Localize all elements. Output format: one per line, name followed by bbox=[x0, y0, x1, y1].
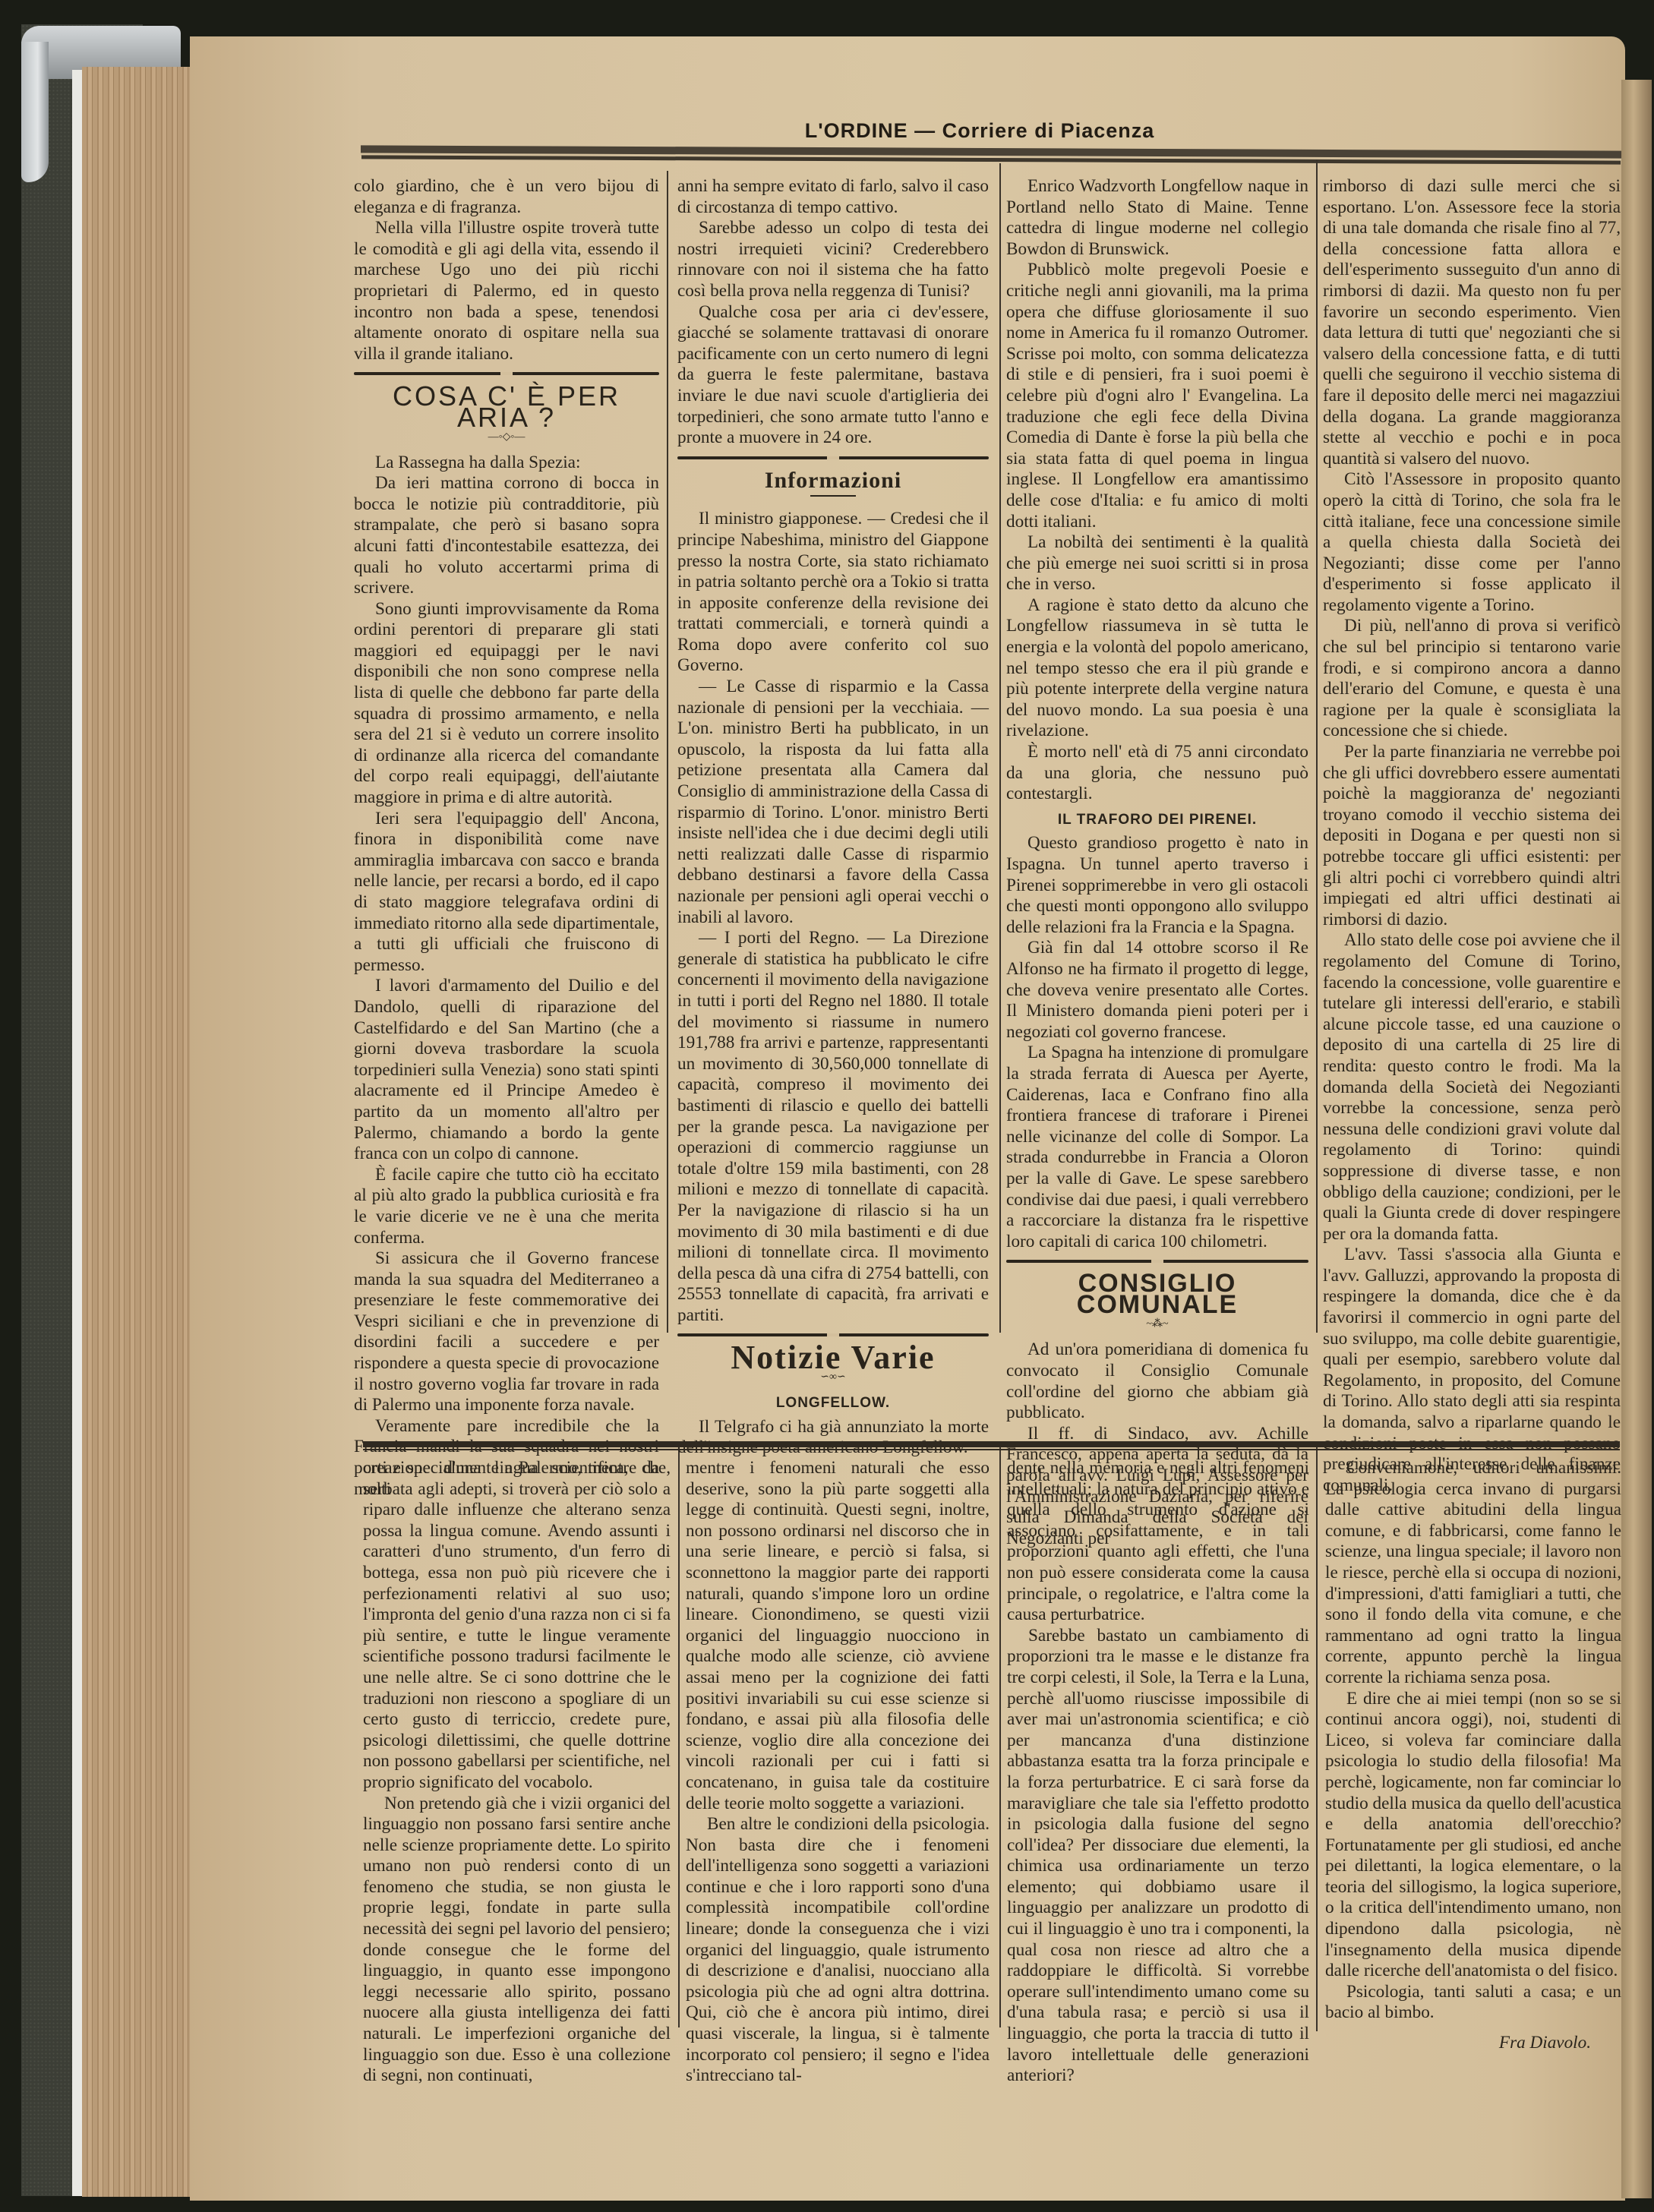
subheading-traforo: IL TRAFORO DEI PIRENEI. bbox=[1006, 809, 1308, 831]
endpaper-strip bbox=[72, 70, 83, 2196]
paragraph: Pubblicò molte pregevoli Poesie e critic… bbox=[1006, 260, 1308, 532]
paragraph: Enrico Wadzvorth Longfellow naque in Por… bbox=[1006, 176, 1308, 260]
section-heading-notizie-varie: Notizie Varie bbox=[677, 1347, 989, 1368]
paragraph: Sarebbe adesso un colpo di testa dei nos… bbox=[677, 218, 989, 301]
section-rule bbox=[677, 1333, 989, 1336]
feuilleton-rule bbox=[363, 1434, 1620, 1461]
author-signature: Fra Diavolo. bbox=[1325, 2033, 1621, 2054]
section-heading-informazioni: Informazioni bbox=[677, 470, 989, 491]
section-rule bbox=[677, 456, 989, 459]
paragraph: creazione d'una lingua scientifica, che,… bbox=[363, 1458, 671, 1794]
feuilleton-column-3: dente nella memoria e negli altri fenome… bbox=[1007, 1458, 1309, 2087]
article-heading: COSA C' È PER ARIA ? bbox=[354, 386, 659, 428]
paragraph: La nobiltà dei sentimenti è la qualità c… bbox=[1006, 532, 1308, 595]
paragraph: — Le Casse di risparmio e la Cassa nazio… bbox=[677, 677, 989, 928]
section-rule bbox=[354, 372, 659, 375]
paragraph: Qualche cosa per aria ci dev'essere, gia… bbox=[677, 302, 989, 449]
paragraph: Già fin dal 14 ottobre scorso il Re Alfo… bbox=[1006, 938, 1308, 1043]
paragraph: anni ha sempre evitato di farlo, salvo i… bbox=[677, 176, 989, 218]
page-right-edge bbox=[1621, 80, 1652, 2198]
paragraph: Nella villa l'illustre ospite troverà tu… bbox=[354, 218, 659, 364]
paragraph: È morto nell' età di 75 anni circondato … bbox=[1006, 742, 1308, 805]
paragraph: La Rassegna ha dalla Spezia: bbox=[354, 453, 659, 474]
masthead: L'ORDINE — Corriere di Piacenza bbox=[349, 119, 1610, 143]
column-rule bbox=[999, 163, 1001, 1333]
page-edges bbox=[82, 67, 196, 2197]
paragraph: — I porti del Regno. — La Direzione gene… bbox=[677, 928, 989, 1326]
column-rule bbox=[1316, 1443, 1318, 2031]
article-column-3: Enrico Wadzvorth Longfellow naque in Por… bbox=[1006, 176, 1308, 1549]
paragraph: Si assicura che il Governo francese mand… bbox=[354, 1248, 659, 1416]
paragraph: E dire che ai miei tempi (non so se si c… bbox=[1325, 1689, 1621, 1982]
paragraph: La Spagna ha intenzione di promulgare la… bbox=[1006, 1043, 1308, 1252]
paragraph: Da ieri mattina corrono di bocca in bocc… bbox=[354, 473, 659, 599]
paragraph: I lavori d'armamento del Duilio e del Da… bbox=[354, 976, 659, 1164]
paragraph: Di più, nell'anno di prova si verificò c… bbox=[1323, 616, 1621, 742]
metal-corner-protector-side bbox=[21, 42, 49, 182]
feuilleton-column-2: mentre i fenomeni naturali che esso dese… bbox=[686, 1458, 990, 2087]
paragraph: mentre i fenomeni naturali che esso dese… bbox=[686, 1458, 990, 1814]
section-heading-consiglio-comunale: CONSIGLIO COMUNALE bbox=[1006, 1273, 1308, 1315]
paragraph: È facile capire che tutto ciò ha eccitat… bbox=[354, 1165, 659, 1248]
column-rule bbox=[678, 1443, 680, 2027]
feuilleton-column-1: creazione d'una lingua scientifica, che,… bbox=[363, 1458, 671, 2087]
subheading-longfellow: LONGFELLOW. bbox=[677, 1393, 989, 1414]
section-rule bbox=[1006, 1260, 1308, 1263]
ornament-divider: ~⁂~ bbox=[1112, 1320, 1203, 1329]
paragraph: Questo grandioso progetto è nato in Ispa… bbox=[1006, 833, 1308, 938]
paragraph: dente nella memoria e negli altri fenome… bbox=[1007, 1458, 1309, 1626]
article-column-4: rimborso di dazi sulle merci che si espo… bbox=[1323, 176, 1621, 1496]
paragraph: Allo stato delle cose poi avviene che il… bbox=[1323, 930, 1621, 1245]
heading-dash bbox=[810, 495, 856, 497]
paragraph: Sono giunti improvvisamente da Roma ordi… bbox=[354, 599, 659, 809]
paragraph: Per la parte finanziaria ne verrebbe poi… bbox=[1323, 742, 1621, 930]
feuilleton-column-4: Conveniamone, uditori umanissimi. La psi… bbox=[1325, 1458, 1621, 2054]
paragraph: Psicologia, tanti saluti a casa; e un ba… bbox=[1325, 1982, 1621, 2024]
paragraph: rimborso di dazi sulle merci che si espo… bbox=[1323, 176, 1621, 469]
paragraph: colo giardino, che è un vero bijou di el… bbox=[354, 176, 659, 218]
paragraph: Citò l'Assessore in proposito quanto ope… bbox=[1323, 469, 1621, 616]
column-rule bbox=[1316, 159, 1318, 1333]
column-rule bbox=[999, 1443, 1001, 2027]
paragraph: Sarebbe bastato un cambiamento di propor… bbox=[1007, 1626, 1309, 2087]
ornament-divider: —◦◇◦— bbox=[461, 433, 552, 442]
article-column-2: anni ha sempre evitato di farlo, salvo i… bbox=[677, 176, 989, 1459]
paragraph: A ragione è stato detto da alcuno che Lo… bbox=[1006, 595, 1308, 742]
paragraph: Conveniamone, uditori umanissimi. La psi… bbox=[1325, 1458, 1621, 1689]
paragraph: Non pretendo già che i vizii organici de… bbox=[363, 1794, 671, 2087]
paragraph: Ieri sera l'equipaggio dell' Ancona, fin… bbox=[354, 809, 659, 977]
column-rule bbox=[667, 171, 668, 1333]
paragraph: Ad un'ora pomeridiana di domenica fu con… bbox=[1006, 1340, 1308, 1423]
paragraph: Il ministro giapponese. — Credesi che il… bbox=[677, 509, 989, 677]
article-column-1: colo giardino, che è un vero bijou di el… bbox=[354, 176, 659, 1500]
paragraph: Ben altre le condizioni della psicologia… bbox=[686, 1814, 990, 2087]
